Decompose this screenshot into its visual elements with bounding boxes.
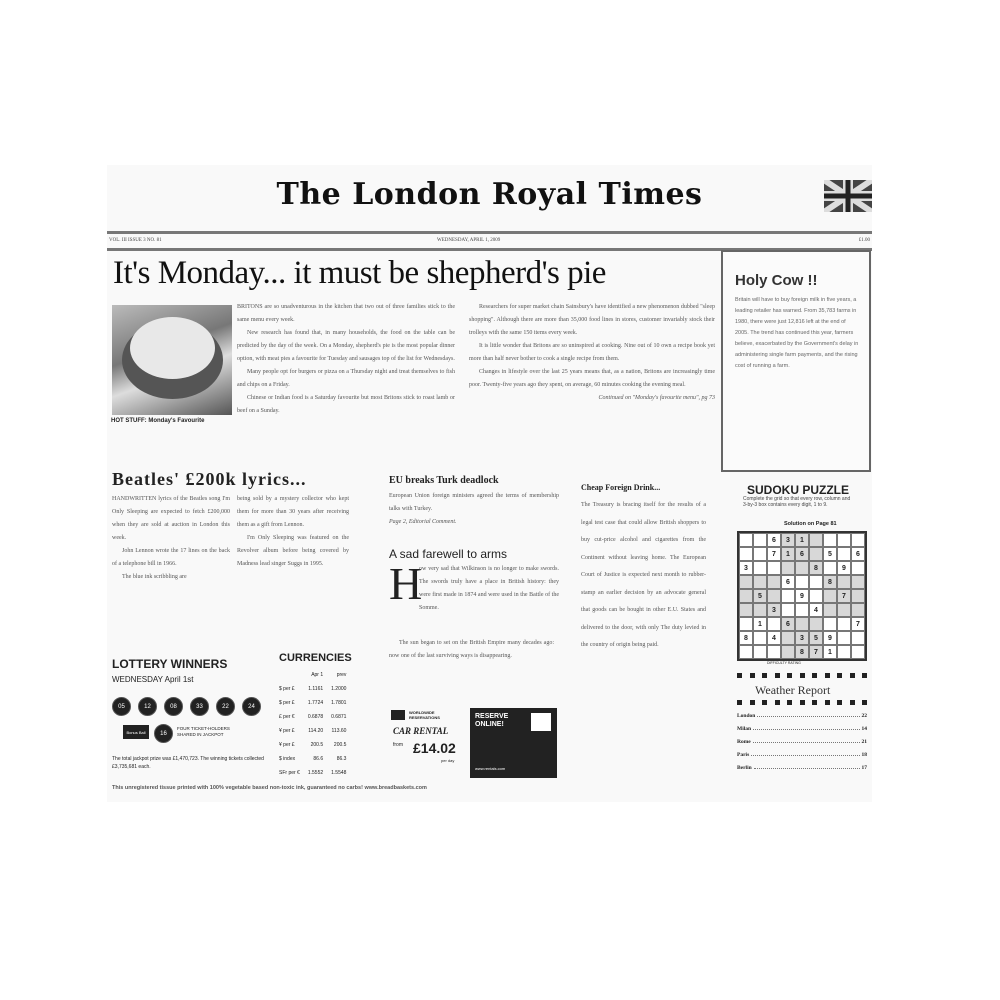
brand-logo-icon — [531, 713, 551, 731]
divider-dots-top — [737, 673, 867, 678]
sudoku-cell: 1 — [781, 547, 795, 561]
masthead: The London Royal Times — [107, 165, 872, 227]
sudoku-cell: 8 — [809, 561, 823, 575]
sudoku-cell — [753, 575, 767, 589]
sudoku-cell: 6 — [851, 547, 865, 561]
newspaper-title: The London Royal Times — [107, 177, 872, 212]
currencies-table: Apr 1prev $ per £1.11611.2000 $ per £1.7… — [279, 668, 350, 780]
sudoku-cell — [837, 575, 851, 589]
sudoku-cell — [767, 589, 781, 603]
photo-caption: HOT STUFF: Monday's Favourite — [111, 418, 204, 424]
city-name: Berlin — [737, 765, 752, 771]
holy-cow-title: Holy Cow !! — [735, 272, 869, 289]
beatles-col-1: HANDWRITTEN lyrics of the Beatles song I… — [112, 493, 230, 584]
sudoku-cell — [795, 617, 809, 631]
eu-turk-headline: EU breaks Turk deadlock — [389, 475, 499, 486]
sudoku-cell: 9 — [837, 561, 851, 575]
sudoku-cell — [837, 645, 851, 659]
city-name: Rome — [737, 739, 751, 745]
temperature: 18 — [862, 752, 868, 758]
sudoku-cell — [809, 575, 823, 589]
sudoku-cell — [809, 589, 823, 603]
sudoku-cell — [823, 617, 837, 631]
sudoku-cell — [767, 575, 781, 589]
issue-info: VOL. III ISSUE 3 NO. 81 — [109, 238, 162, 243]
temperature: 22 — [862, 713, 868, 719]
bonus-ball-tag: Bonus Ball — [123, 725, 149, 739]
sudoku-cell: 5 — [753, 589, 767, 603]
holy-cow-body: Britain will have to buy foreign milk in… — [735, 295, 859, 372]
farewell-body-top: ow very sad that Wilkinson is no longer … — [419, 563, 559, 615]
sudoku-cell: 5 — [823, 547, 837, 561]
sudoku-cell — [809, 617, 823, 631]
sudoku-cell — [837, 631, 851, 645]
lottery-ball: 05 — [112, 697, 131, 716]
lead-story-col-1: BRITONS are so unadventurous in the kitc… — [237, 301, 455, 418]
sudoku-cell — [781, 631, 795, 645]
sudoku-cell — [753, 561, 767, 575]
beatles-col-2: being sold by a mystery collector who ke… — [237, 493, 349, 571]
sudoku-cell — [739, 645, 753, 659]
sudoku-cell: 8 — [823, 575, 837, 589]
sudoku-cell — [851, 561, 865, 575]
sudoku-cell: 6 — [767, 533, 781, 547]
car-logo-icon — [391, 710, 405, 720]
union-jack-icon — [824, 180, 872, 212]
sudoku-cell: 5 — [809, 631, 823, 645]
sudoku-solution-ref: Solution on Page 81 — [784, 521, 837, 527]
sudoku-cell — [823, 603, 837, 617]
car-rental-ad: WORLDWIDE RESERVATIONS CAR RENTAL from £… — [391, 708, 466, 778]
sudoku-cell — [795, 603, 809, 617]
table-row: $ per £1.11611.2000 — [279, 682, 350, 696]
table-row: £ per €0.68780.6871 — [279, 710, 350, 724]
sudoku-description: Complete the grid so that every row, col… — [743, 496, 853, 508]
continued-link: Continued on "Monday's favourite menu", … — [469, 392, 715, 405]
sudoku-cell — [851, 645, 865, 659]
sudoku-grid: 63171656389685973416784359871 — [737, 531, 867, 661]
sudoku-cell — [753, 603, 767, 617]
holy-cow-box: Holy Cow !! Britain will have to buy for… — [721, 250, 871, 472]
weather-row: Milan14 — [737, 726, 867, 732]
divider-dots-bottom — [737, 700, 867, 705]
sudoku-cell — [823, 533, 837, 547]
sudoku-cell: 6 — [781, 617, 795, 631]
temperature: 21 — [862, 739, 868, 745]
lottery-title: LOTTERY WINNERS — [112, 657, 227, 671]
bonus-text: FOUR TICKET-HOLDERS SHARED IN JACKPOT — [177, 726, 237, 738]
sudoku-cell — [851, 575, 865, 589]
temperature: 14 — [862, 726, 868, 732]
newspaper-page: The London Royal Times VOL. III ISSUE 3 … — [107, 165, 872, 802]
sudoku-cell — [837, 547, 851, 561]
sudoku-cell — [823, 589, 837, 603]
sudoku-cell — [809, 547, 823, 561]
lottery-ball: 12 — [138, 697, 157, 716]
sudoku-cell — [837, 617, 851, 631]
footer-note: This unregistered tissue printed with 10… — [112, 785, 427, 791]
sudoku-cell: 8 — [739, 631, 753, 645]
weather-row: Rome21 — [737, 739, 867, 745]
beatles-headline: Beatles' £200k lyrics... — [112, 469, 306, 490]
sudoku-cell: 7 — [809, 645, 823, 659]
eu-turk-body: European Union foreign ministers agreed … — [389, 490, 559, 529]
jackpot-text: The total jackpot prize was £1,470,723. … — [112, 755, 282, 771]
table-row: $ index86.686.3 — [279, 752, 350, 766]
temperature: 17 — [862, 765, 868, 771]
dateline-bar: VOL. III ISSUE 3 NO. 81 WEDNESDAY, APRIL… — [107, 231, 872, 251]
sudoku-cell — [851, 533, 865, 547]
sudoku-cell — [767, 617, 781, 631]
sudoku-cell — [739, 617, 753, 631]
table-row: ¥ per £114.20113.60 — [279, 724, 350, 738]
sudoku-cell — [781, 603, 795, 617]
sudoku-cell: 7 — [767, 547, 781, 561]
weather-row: London22 — [737, 713, 867, 719]
sudoku-cell: 1 — [753, 617, 767, 631]
sudoku-cell — [739, 603, 753, 617]
sudoku-cell: 9 — [795, 589, 809, 603]
sudoku-cell — [837, 603, 851, 617]
weather-row: Berlin17 — [737, 765, 867, 771]
table-row: SFr per €1.55521.5548 — [279, 766, 350, 780]
sudoku-cell — [767, 645, 781, 659]
difficulty-label: DIFFICULTY RATING — [767, 661, 801, 665]
city-name: Milan — [737, 726, 751, 732]
weather-title: Weather Report — [755, 683, 830, 698]
farewell-body-bottom: The sun began to set on the British Empi… — [389, 637, 554, 663]
sudoku-cell: 4 — [809, 603, 823, 617]
sudoku-cell: 3 — [767, 603, 781, 617]
sudoku-cell — [739, 575, 753, 589]
sudoku-cell — [739, 533, 753, 547]
sudoku-cell — [837, 533, 851, 547]
table-row: ¥ per £200.5200.5 — [279, 738, 350, 752]
sudoku-cell — [851, 631, 865, 645]
lottery-ball: 24 — [242, 697, 261, 716]
sudoku-cell: 1 — [795, 533, 809, 547]
sudoku-cell — [795, 561, 809, 575]
sudoku-cell — [823, 561, 837, 575]
lead-story-col-2: Researchers for super market chain Sains… — [469, 301, 715, 405]
table-row: $ per £1.77241.7801 — [279, 696, 350, 710]
city-name: Paris — [737, 752, 749, 758]
lottery-date: WEDNESDAY April 1st — [112, 675, 194, 684]
weather-row: Paris18 — [737, 752, 867, 758]
city-name: London — [737, 713, 755, 719]
lottery-ball: 22 — [216, 697, 235, 716]
sudoku-title: SUDOKU PUZZLE — [747, 483, 849, 497]
sudoku-cell — [795, 575, 809, 589]
sudoku-cell — [753, 631, 767, 645]
reserve-online-ad: RESERVE ONLINE! www.rentals.com — [470, 708, 557, 778]
sudoku-cell: 8 — [795, 645, 809, 659]
sudoku-cell — [781, 561, 795, 575]
lead-headline: It's Monday... it must be shepherd's pie — [113, 255, 606, 292]
sudoku-cell — [739, 547, 753, 561]
sudoku-cell: 7 — [851, 617, 865, 631]
sudoku-cell — [809, 533, 823, 547]
lottery-numbers: 05 12 08 33 22 24 — [112, 697, 261, 716]
sudoku-cell: 6 — [781, 575, 795, 589]
sudoku-cell: 4 — [767, 631, 781, 645]
issue-price: £1.00 — [859, 238, 870, 243]
sudoku-cell — [739, 589, 753, 603]
sudoku-cell — [781, 645, 795, 659]
drop-cap: H — [389, 561, 422, 607]
issue-date: WEDNESDAY, APRIL 1, 2009 — [437, 238, 500, 243]
cheap-drink-body: The Treasury is bracing itself for the r… — [581, 497, 706, 655]
sudoku-cell: 3 — [781, 533, 795, 547]
sudoku-cell: 6 — [795, 547, 809, 561]
sudoku-cell: 1 — [823, 645, 837, 659]
sudoku-cell: 3 — [739, 561, 753, 575]
shepherds-pie-photo — [112, 305, 232, 415]
sudoku-cell — [753, 547, 767, 561]
sudoku-cell — [753, 533, 767, 547]
sudoku-cell — [781, 589, 795, 603]
bonus-ball: 16 — [154, 724, 173, 743]
cheap-drink-headline: Cheap Foreign Drink... — [581, 483, 660, 492]
sudoku-cell — [851, 589, 865, 603]
sudoku-cell: 3 — [795, 631, 809, 645]
currencies-title: CURRENCIES — [279, 652, 352, 664]
sudoku-cell: 7 — [837, 589, 851, 603]
sudoku-cell — [851, 603, 865, 617]
lottery-ball: 08 — [164, 697, 183, 716]
sudoku-cell — [767, 561, 781, 575]
lottery-ball: 33 — [190, 697, 209, 716]
sudoku-cell: 9 — [823, 631, 837, 645]
sudoku-cell — [753, 645, 767, 659]
